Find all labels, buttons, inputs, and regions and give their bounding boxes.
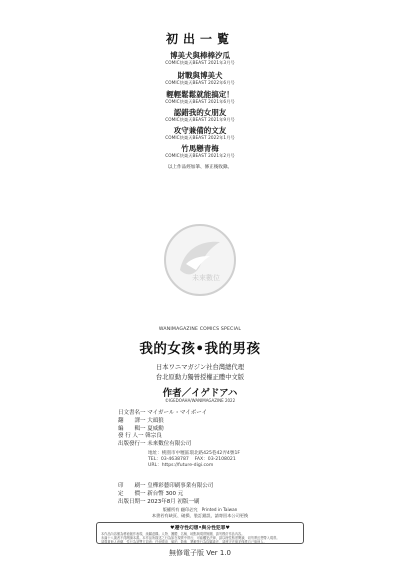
bird-logo-icon: 未來數位 bbox=[166, 226, 234, 294]
toc-entry-source: COMIC快楽天BEAST 2022年6月号 bbox=[0, 80, 400, 86]
credit-label: 出版發行 bbox=[118, 441, 140, 447]
url: URL：https://future-digi.com bbox=[148, 463, 308, 469]
svg-text:未來數位: 未來數位 bbox=[192, 273, 220, 282]
notice-title: ♥遵守性幻想•與分性犯罪♥ bbox=[97, 524, 303, 531]
credit-value: 皇樺彩藝印刷事業有限公司 bbox=[147, 483, 213, 489]
license-line: 台北原動力獨營授權正體中文版 bbox=[0, 372, 400, 381]
notice-line: 請尊重他人意願，性行為須雙方同意；任何強迫、偷拍、散佈、猥褻等行為均屬違法，請遵… bbox=[101, 539, 301, 544]
credit-value: 2023年8月 初版一刷 bbox=[147, 499, 199, 505]
credit-label: 翻 譯 bbox=[118, 418, 140, 424]
copyright: ©IGEDOAHA/WANIMAGAZINE 2022 bbox=[0, 398, 400, 403]
publisher-logo: 未來數位 bbox=[164, 224, 236, 296]
credit-row: 印 刷一 皇樺彩藝印刷事業有限公司 bbox=[118, 482, 318, 490]
toc-note: 以上作品經加筆、修正後收錄。 bbox=[0, 164, 400, 170]
distributor-line: 日本ワニマガジン社台灣總代理 bbox=[0, 362, 400, 371]
tel: TEL：03-4638787 bbox=[148, 457, 189, 462]
credit-value: 大頭狼 bbox=[147, 418, 164, 424]
credit-row: 日文書名一 マイガール・マイボーイ bbox=[118, 410, 318, 418]
fax: FAX：03-2108021 bbox=[195, 457, 236, 462]
credit-label: 日文書名 bbox=[118, 410, 140, 416]
toc-entry-source: COMIC快楽天BEAST 2022年1月号 bbox=[0, 135, 400, 141]
credit-row: 定 價一 新台幣 300 元 bbox=[118, 490, 318, 498]
series-name: WANIMAGAZINE COMICS SPECIAL bbox=[0, 327, 400, 332]
credit-value: 韓宗良 bbox=[145, 433, 162, 439]
notice-box: ♥遵守性幻想•與分性犯罪♥ 本作品內容僅為藝術創作表現，純屬虛構。人物、團體、名… bbox=[96, 522, 304, 544]
credit-label: 發 行 人 bbox=[118, 433, 138, 439]
publisher-address: 地址：桃園市中壢區環北路425巷42弄4號1F TEL：03-4638787 F… bbox=[148, 451, 308, 469]
credits-list: 日文書名一 マイガール・マイボーイ 翻 譯一 大頭狼 編 輯一 夏威勳 發 行 … bbox=[118, 410, 318, 449]
credit-row: 翻 譯一 大頭狼 bbox=[118, 418, 318, 426]
credit-label: 定 價 bbox=[118, 491, 140, 497]
replacement-notice: 本書若有缺頁、破損、裝訂錯誤，請寄回本公司更換 bbox=[0, 513, 400, 519]
edition-label: 無修電子版 Ver 1.0 bbox=[0, 548, 400, 558]
toc-entry-source: COMIC快楽天BEAST 2021年2月号 bbox=[0, 153, 400, 159]
book-title: 我的女孩•我的男孩 bbox=[0, 337, 400, 357]
credit-value: 未來數位有限公司 bbox=[147, 441, 191, 447]
print-credits: 印 刷一 皇樺彩藝印刷事業有限公司 定 價一 新台幣 300 元 出版日期一 2… bbox=[118, 482, 318, 506]
toc-entry-source: COMIC快楽天BEAST 2021年9月号 bbox=[0, 117, 400, 123]
author: 作者／イゲドアハ bbox=[0, 385, 400, 399]
credit-row: 出版日期一 2023年8月 初版一刷 bbox=[118, 498, 318, 506]
credit-row: 出版發行一 未來數位有限公司 bbox=[118, 441, 318, 449]
credit-label: 出版日期 bbox=[118, 499, 140, 505]
toc-entry-source: COMIC快楽天BEAST 2021年6月号 bbox=[0, 99, 400, 105]
credit-value: 新台幣 300 元 bbox=[147, 491, 183, 497]
toc-entry-source: COMIC快楽天BEAST 2021年3月号 bbox=[0, 60, 400, 66]
credit-value: マイガール・マイボーイ bbox=[147, 410, 207, 416]
credit-value: 夏威勳 bbox=[147, 426, 164, 432]
credit-label: 編 輯 bbox=[118, 426, 140, 432]
credit-label: 印 刷 bbox=[118, 483, 140, 489]
toc-title: 初出一覧 bbox=[0, 30, 400, 47]
